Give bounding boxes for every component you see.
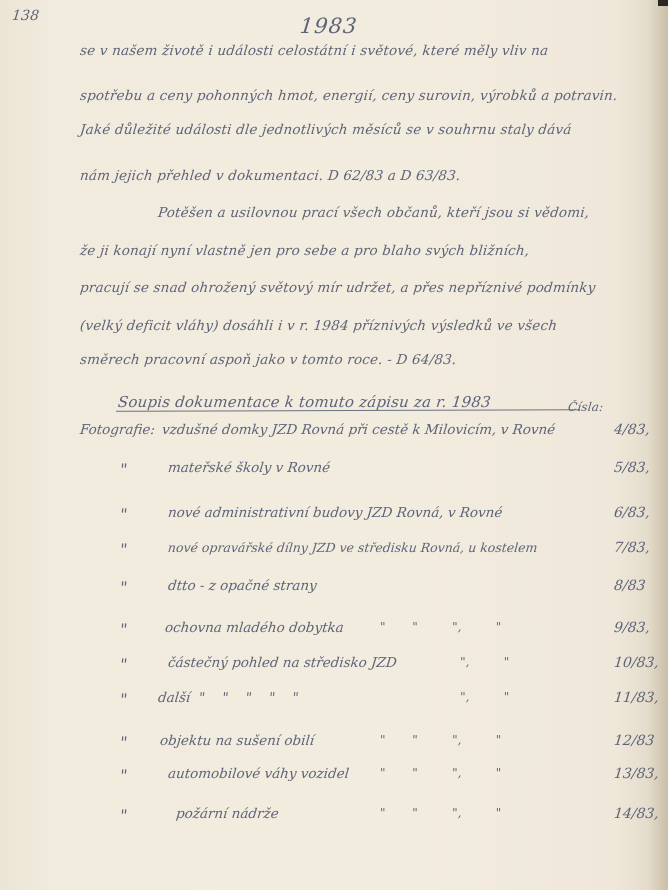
item-description: požární nádrže	[175, 806, 279, 822]
ditto-marks: " " ", "	[380, 620, 501, 634]
ditto-marks: ", "	[380, 655, 509, 669]
documentation-list-heading: Soupis dokumentace k tomuto zápisu za r.…	[117, 393, 492, 411]
item-doc-number: 6/83,	[613, 505, 651, 521]
paragraph1-line-2: spotřebu a ceny pohonných hmot, energií,…	[79, 88, 618, 104]
item-doc-number: 7/83,	[613, 540, 651, 556]
item-description: další " " " " "	[157, 690, 299, 706]
paragraph2-line-3: pracují se snad ohrožený světový mír udr…	[79, 280, 596, 296]
list-item: " ochovna mladého dobytka " " ", " 9/83,	[0, 620, 668, 650]
item-description: ochovna mladého dobytka	[164, 620, 344, 636]
item-doc-number: 10/83,	[613, 655, 659, 671]
ditto-mark: "	[119, 578, 128, 597]
paragraph1-line-4: nám jejich přehled v dokumentaci. D 62/8…	[79, 168, 461, 184]
ditto-mark: "	[119, 620, 128, 639]
document-number-column-header: Čísla:	[567, 400, 604, 414]
paragraph1-line-3: Jaké důležité události dle jednotlivých …	[79, 122, 572, 138]
paragraph2-line-2: že ji konají nyní vlastně jen pro sebe a…	[79, 243, 530, 259]
item-description: objektu na sušení obilí	[159, 733, 315, 749]
ditto-mark: "	[119, 540, 128, 559]
page-edge-shadow	[658, 0, 668, 6]
ditto-mark: "	[119, 733, 128, 752]
paragraph2-line-1: Potěšen a usilovnou prací všech občanů, …	[157, 205, 590, 221]
ditto-marks: " " ", "	[380, 733, 501, 747]
handwritten-chronicle-page: 138 1983 se v našem životě i události ce…	[0, 0, 668, 890]
photographs-label: Fotografie:	[79, 422, 156, 438]
ditto-marks: ", "	[380, 690, 509, 704]
paragraph2-line-4: (velký deficit vláhy) dosáhli i v r. 198…	[79, 318, 558, 334]
paragraph1-line-1: se v našem životě i události celostátní …	[79, 43, 549, 59]
ditto-mark: "	[119, 806, 128, 825]
list-item: " částečný pohled na středisko JZD ", " …	[0, 655, 668, 685]
item-doc-number: 8/83	[613, 578, 646, 594]
list-item: " nové opravářské dílny JZD ve středisku…	[0, 540, 668, 570]
item-description: nové opravářské dílny JZD ve středisku R…	[167, 540, 538, 555]
ditto-mark: "	[119, 460, 128, 479]
ditto-mark: "	[119, 766, 128, 785]
item-doc-number: 11/83,	[613, 690, 659, 706]
ditto-marks: " " ", "	[380, 806, 501, 820]
item-description: nové administrativní budovy JZD Rovná, v…	[167, 505, 503, 521]
heading-underline	[116, 409, 580, 412]
item-doc-number: 9/83,	[613, 620, 651, 636]
item-doc-number: 13/83,	[613, 766, 659, 782]
item-doc-number: 14/83,	[613, 806, 659, 822]
item-description: automobilové váhy vozidel	[167, 766, 350, 782]
list-item: " mateřské školy v Rovné 5/83,	[0, 460, 668, 490]
item-doc-number: 5/83,	[613, 460, 651, 476]
list-item: " automobilové váhy vozidel " " ", " 13/…	[0, 766, 668, 796]
list-item: Fotografie: vzdušné domky JZD Rovná při …	[0, 422, 668, 452]
item-doc-number: 4/83,	[613, 422, 651, 438]
ditto-marks: " " ", "	[380, 766, 501, 780]
ditto-mark: "	[119, 690, 128, 709]
list-item: " požární nádrže " " ", " 14/83,	[0, 806, 668, 836]
item-description: vzdušné domky JZD Rovná při cestě k Milo…	[161, 422, 556, 438]
item-description: částečný pohled na středisko JZD	[167, 655, 397, 671]
list-item: " nové administrativní budovy JZD Rovná,…	[0, 505, 668, 535]
item-description: mateřské školy v Rovné	[167, 460, 331, 476]
item-doc-number: 12/83	[613, 733, 655, 749]
year-title: 1983	[299, 14, 359, 38]
list-item: " další " " " " " ", " 11/83,	[0, 690, 668, 720]
list-item: " objektu na sušení obilí " " ", " 12/83	[0, 733, 668, 763]
ditto-mark: "	[119, 655, 128, 674]
item-description: dtto - z opačné strany	[167, 578, 317, 594]
page-number: 138	[11, 8, 40, 24]
paragraph2-line-5: směrech pracovní aspoň jako v tomto roce…	[79, 352, 457, 368]
ditto-mark: "	[119, 505, 128, 524]
list-item: " dtto - z opačné strany 8/83	[0, 578, 668, 608]
